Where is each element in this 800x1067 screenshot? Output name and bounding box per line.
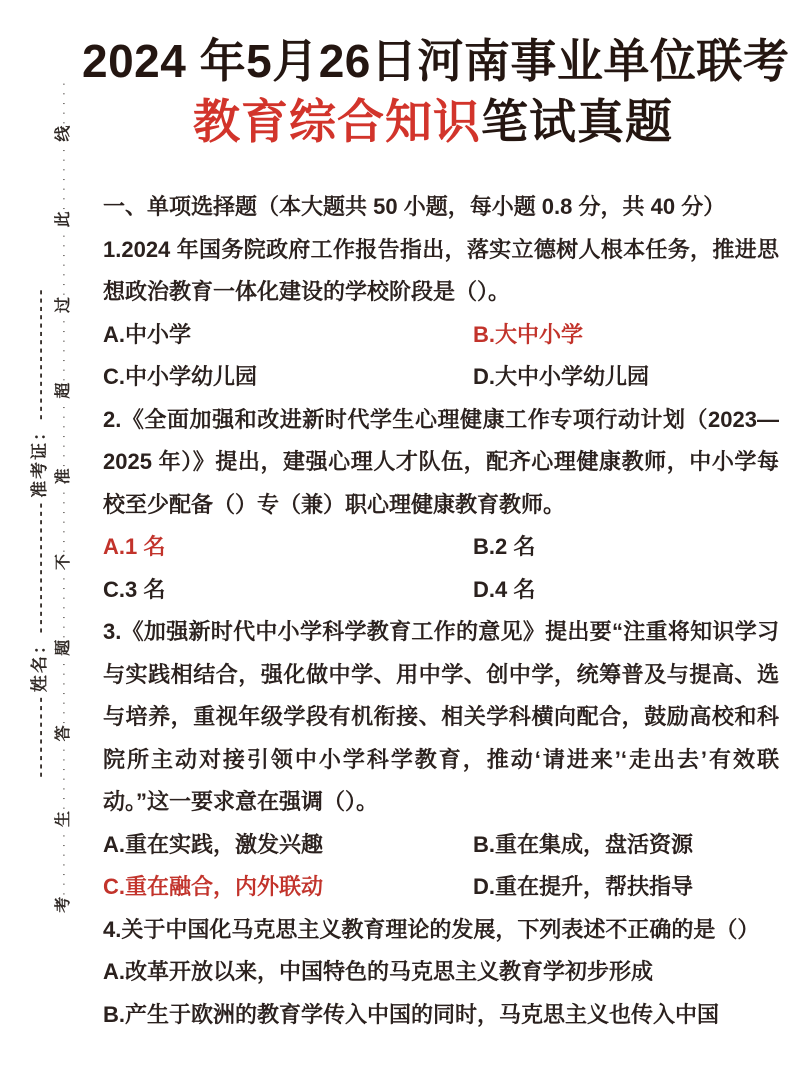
seal-dots: ······· bbox=[58, 228, 70, 296]
question-3-option-c-answer: C.重在融合，内外联动 bbox=[103, 866, 473, 909]
question-2-stem-line-2: 2025 年）》提出，建强心理人才队伍，配齐心理健康教师，中小学每 bbox=[103, 441, 779, 484]
question-2-option-a-answer: A.1 名 bbox=[103, 526, 473, 569]
question-3-options-row-1: A.重在实践，激发兴趣 B.重在集成，盘活资源 bbox=[103, 824, 779, 867]
fill-dashes-top: ---------------- bbox=[32, 287, 49, 420]
seal-char: 准 bbox=[55, 467, 72, 485]
seal-char: 超 bbox=[55, 382, 72, 400]
question-3-stem-line-5: 动。”这一要求意在强调（）。 bbox=[103, 781, 779, 824]
section-heading: 一、单项选择题（本大题共 50 小题，每小题 0.8 分，共 40 分） bbox=[103, 186, 779, 229]
seal-dots: ······· bbox=[58, 400, 70, 468]
question-4-option-b: B.产生于欧洲的教育学传入中国的同时，马克思主义也传入中国 bbox=[103, 994, 779, 1037]
title-suffix: 笔试真题 bbox=[481, 95, 673, 148]
seal-dots: ······· bbox=[58, 143, 70, 211]
seal-dots: ····· bbox=[58, 76, 70, 124]
page-title: 2024 年5月26日河南事业单位联考 教育综合知识笔试真题 bbox=[82, 32, 784, 152]
seal-char: 过 bbox=[55, 296, 72, 314]
seal-char: 生 bbox=[55, 810, 72, 828]
seal-char: 考 bbox=[55, 896, 72, 914]
name-label: 姓名： bbox=[30, 633, 49, 694]
ticket-number-label: 准考证： bbox=[30, 420, 49, 500]
question-2-option-b: B.2 名 bbox=[473, 526, 779, 569]
question-4-option-a: A.改革开放以来，中国特色的马克思主义教育学初步形成 bbox=[103, 951, 779, 994]
question-2-option-d: D.4 名 bbox=[473, 569, 779, 612]
question-2-options-row-2: C.3 名 D.4 名 bbox=[103, 569, 779, 612]
title-line2: 教育综合知识笔试真题 bbox=[82, 92, 784, 152]
seal-dots: ······· bbox=[58, 314, 70, 382]
question-3-stem-line-1: 3.《加强新时代中小学科学教育工作的意见》提出要“注重将知识学习 bbox=[103, 611, 779, 654]
question-3-option-a: A.重在实践，激发兴趣 bbox=[103, 824, 473, 867]
seal-dots: ······· bbox=[58, 828, 70, 896]
question-2-stem-line-1: 2.《全面加强和改进新时代学生心理健康工作专项行动计划（2023— bbox=[103, 399, 779, 442]
title-line1: 2024 年5月26日河南事业单位联考 bbox=[82, 32, 784, 90]
question-1-options-row-2: C.中小学幼儿园 D.大中小学幼儿园 bbox=[103, 356, 779, 399]
seal-char: 题 bbox=[55, 639, 72, 657]
question-3-option-b: B.重在集成，盘活资源 bbox=[473, 824, 779, 867]
seal-dots: ······· bbox=[58, 571, 70, 639]
exam-paper-page: ----------姓名：----------------准考证：-------… bbox=[0, 0, 800, 1067]
seal-char: 答 bbox=[55, 724, 72, 742]
question-1-stem-line-2: 想政治教育一体化建设的学校阶段是（）。 bbox=[103, 271, 779, 314]
fill-dashes-middle: ---------------- bbox=[32, 500, 49, 633]
question-3-stem-line-2: 与实践相结合，强化做中学、用中学、创中学，统筹普及与提高、选拔 bbox=[103, 654, 779, 697]
seal-margin-fill-line: ----------姓名：----------------准考证：-------… bbox=[28, 227, 52, 837]
question-2-stem-line-3: 校至少配备（）专（兼）职心理健康教育教师。 bbox=[103, 484, 779, 527]
question-1-option-a: A.中小学 bbox=[103, 314, 473, 357]
question-3-stem-line-3: 与培养，重视年级学段有机衔接、相关学科横向配合，鼓励高校和科研 bbox=[103, 696, 779, 739]
fill-dashes-bottom: ---------- bbox=[32, 694, 49, 777]
question-3-option-d: D.重在提升，帮扶指导 bbox=[473, 866, 779, 909]
seal-char: 此 bbox=[55, 210, 72, 228]
seal-char: 线 bbox=[55, 125, 72, 143]
title-subject-highlight: 教育综合知识 bbox=[193, 95, 481, 148]
seal-char: 不 bbox=[55, 553, 72, 571]
question-1-option-d: D.大中小学幼儿园 bbox=[473, 356, 779, 399]
question-2-option-c: C.3 名 bbox=[103, 569, 473, 612]
question-3-stem-line-4: 院所主动对接引领中小学科学教育，推动‘请进来’‘走出去’有效联 bbox=[103, 739, 779, 782]
seal-dots: ······· bbox=[58, 742, 70, 810]
question-1-option-c: C.中小学幼儿园 bbox=[103, 356, 473, 399]
question-1-options-row-1: A.中小学 B.大中小学 bbox=[103, 314, 779, 357]
question-3-options-row-2: C.重在融合，内外联动 D.重在提升，帮扶指导 bbox=[103, 866, 779, 909]
seal-margin-dotted-rule: 考·······生·······答·······题·······不·······… bbox=[54, 75, 74, 915]
seal-dots: ······· bbox=[58, 657, 70, 725]
seal-dots: ······· bbox=[58, 485, 70, 553]
question-1-option-b-answer: B.大中小学 bbox=[473, 314, 779, 357]
question-4-stem-line-1: 4.关于中国化马克思主义教育理论的发展，下列表述不正确的是（） bbox=[103, 909, 779, 952]
question-2-options-row-1: A.1 名 B.2 名 bbox=[103, 526, 779, 569]
exam-body: 一、单项选择题（本大题共 50 小题，每小题 0.8 分，共 40 分） 1.2… bbox=[103, 186, 779, 1036]
question-1-stem-line-1: 1.2024 年国务院政府工作报告指出，落实立德树人根本任务，推进思 bbox=[103, 229, 779, 272]
